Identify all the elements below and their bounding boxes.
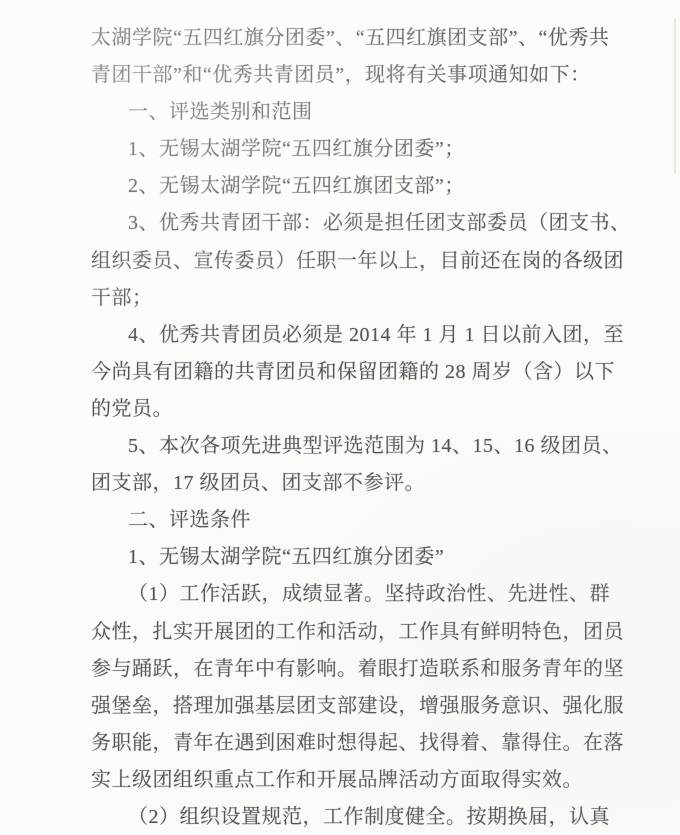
paragraph-line: 众性，扎实开展团的工作和活动，工作具有鲜明特色，团员 <box>91 614 631 651</box>
document-text-block: 太湖学院“五四红旗分团委”、“五四红旗团支部”、“优秀共 青团干部”和“优秀共青… <box>91 20 631 835</box>
document-page: 太湖学院“五四红旗分团委”、“五四红旗团支部”、“优秀共 青团干部”和“优秀共青… <box>0 0 680 835</box>
paragraph-line: 实上级团组织重点工作和开展品牌活动方面取得实效。 <box>91 762 631 799</box>
list-item-line: 5、本次各项先进典型评选范围为 14、15、16 级团员、 <box>91 428 631 465</box>
paragraph-line: 团支部，17 级团员、团支部不参评。 <box>91 465 631 502</box>
paragraph-line: 务职能，青年在遇到困难时想得起、找得着、靠得住。在落 <box>91 725 631 762</box>
list-item-line: 1、无锡太湖学院“五四红旗分团委” <box>91 539 631 576</box>
paragraph-line: 干部； <box>91 280 631 317</box>
section-heading: 一、评选类别和范围 <box>91 94 631 131</box>
paragraph-line: （2）组织设置规范，工作制度健全。按期换届，认真 <box>91 799 631 835</box>
list-item-line: 2、无锡太湖学院“五四红旗团支部”； <box>91 168 631 205</box>
paragraph-line: 组织委员、宣传委员）任职一年以上，目前还在岗的各级团 <box>91 243 631 280</box>
paragraph-line: 参与踊跃，在青年中有影响。着眼打造联系和服务青年的坚 <box>91 651 631 688</box>
paragraph-line: 今尚具有团籍的共青团员和保留团籍的 28 周岁（含）以下 <box>91 354 631 391</box>
list-item-line: 1、无锡太湖学院“五四红旗分团委”； <box>91 131 631 168</box>
paragraph-line: 太湖学院“五四红旗分团委”、“五四红旗团支部”、“优秀共 <box>91 20 631 57</box>
scan-artifact-vertical-line <box>674 18 676 174</box>
list-item-line: 3、优秀共青团干部：必须是担任团支部委员（团支书、 <box>91 205 631 242</box>
paragraph-line: 强堡垒，搭理加强基层团支部建设，增强服务意识、强化服 <box>91 688 631 725</box>
list-item-line: 4、优秀共青团员必须是 2014 年 1 月 1 日以前入团，至 <box>91 317 631 354</box>
paragraph-line: （1）工作活跃，成绩显著。坚持政治性、先进性、群 <box>91 576 631 613</box>
section-heading: 二、评选条件 <box>91 502 631 539</box>
paragraph-line: 的党员。 <box>91 391 631 428</box>
paragraph-line: 青团干部”和“优秀共青团员”，现将有关事项通知如下： <box>91 57 631 94</box>
scanned-notice-document: { "page": { "background_color": "#fbfbf8… <box>0 0 680 835</box>
